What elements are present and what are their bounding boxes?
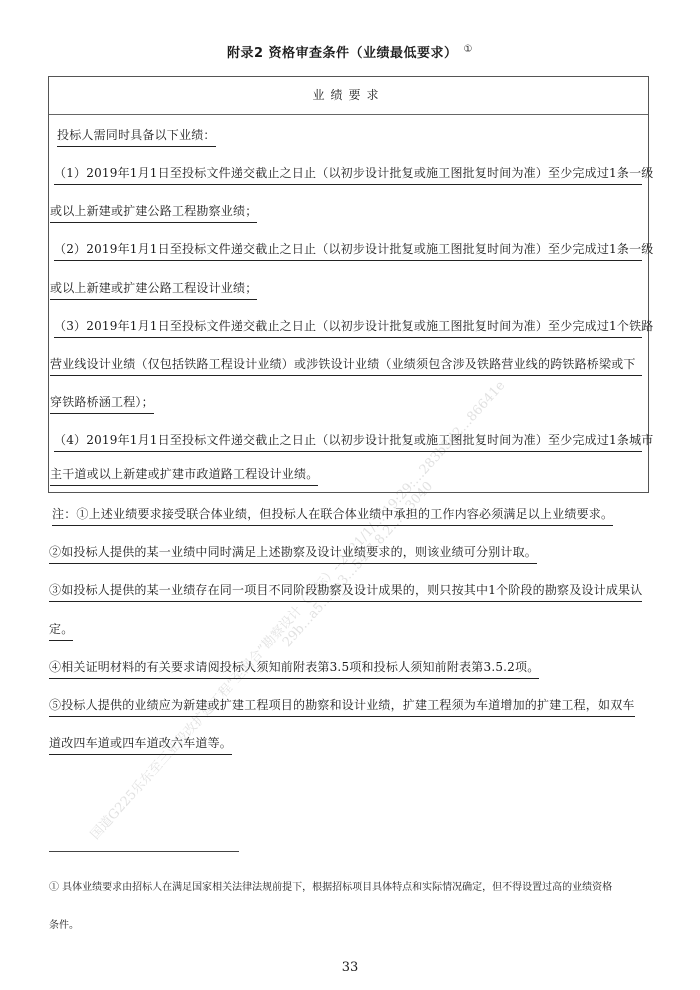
note-text: ③如投标人提供的某一业绩存在同一项目不同阶段勘察及设计成果的，则只按其中1个阶段…: [49, 581, 642, 602]
table-line-text: 营业线设计业绩（仅包括铁路工程设计业绩）或涉铁设计业绩（业绩须包含涉及铁路营业线…: [50, 355, 642, 376]
table-line-text: 或以上新建或扩建公路工程勘察业绩；: [50, 202, 257, 223]
note-text: ⑤投标人提供的业绩应为新建或扩建工程项目的勘察和设计业绩，扩建工程须为车道增加的…: [49, 696, 635, 717]
table-line-text: （2）2019年1月1日至投标文件递交截止之日止（以初步设计批复或施工图批复时间…: [54, 240, 642, 261]
note-text: 道改四车道或四车道改六车道等。: [49, 734, 232, 755]
title-footnote-marker: ①: [464, 44, 473, 55]
note-line: ④相关证明材料的有关要求请阅投标人须知前附表第3.5项和投标人须知前附表第3.5…: [49, 658, 539, 679]
table-line: 或以上新建或扩建公路工程设计业绩；: [50, 279, 257, 300]
table-line-text: 投标人需同时具备以下业绩：: [57, 126, 216, 147]
table-line: 或以上新建或扩建公路工程勘察业绩；: [50, 202, 257, 223]
note-text: 注：①上述业绩要求接受联合体业绩，但投标人在联合体业绩中承担的工作内容必须满足以…: [52, 505, 613, 526]
table-line: （1）2019年1月1日至投标文件递交截止之日止（以初步设计批复或施工图批复时间…: [54, 164, 642, 185]
footnote-divider: [49, 851, 239, 852]
note-text: 定。: [49, 620, 73, 641]
table-line: （2）2019年1月1日至投标文件递交截止之日止（以初步设计批复或施工图批复时间…: [54, 240, 642, 261]
note-text: ④相关证明材料的有关要求请阅投标人须知前附表第3.5项和投标人须知前附表第3.5…: [49, 658, 539, 679]
table-line-text: 穿铁路桥涵工程）；: [50, 393, 154, 414]
table-line: （4）2019年1月1日至投标文件递交截止之日止（以初步设计批复或施工图批复时间…: [54, 431, 642, 452]
table-line-text: （3）2019年1月1日至投标文件递交截止之日止（以初步设计批复或施工图批复时间…: [54, 317, 642, 338]
table-line: 投标人需同时具备以下业绩：: [57, 126, 216, 147]
title-text: 附录2 资格审查条件（业绩最低要求）: [227, 46, 458, 61]
table-line-text: 或以上新建或扩建公路工程设计业绩；: [50, 279, 257, 300]
table-header: 业绩要求: [49, 77, 648, 115]
table-line: 穿铁路桥涵工程）；: [50, 393, 154, 414]
footnote-line-1: ① 具体业绩要求由招标人在满足国家相关法律法规前提下，根据招标项目具体特点和实际…: [49, 878, 612, 893]
footnote-line-2: 条件。: [49, 916, 79, 931]
table-line-text: （4）2019年1月1日至投标文件递交截止之日止（以初步设计批复或施工图批复时间…: [54, 431, 642, 452]
note-line: 定。: [49, 620, 73, 641]
note-line: ②如投标人提供的某一业绩中同时满足上述勘察及设计业绩要求的，则该业绩可分别计取。: [49, 543, 537, 564]
note-line: ⑤投标人提供的业绩应为新建或扩建工程项目的勘察和设计业绩，扩建工程须为车道增加的…: [49, 696, 635, 717]
table-line-text: 主干道或以上新建或扩建市政道路工程设计业绩。: [50, 465, 318, 486]
page-number: 33: [0, 960, 700, 975]
note-line: ③如投标人提供的某一业绩存在同一项目不同阶段勘察及设计成果的，则只按其中1个阶段…: [49, 581, 642, 602]
table-line: （3）2019年1月1日至投标文件递交截止之日止（以初步设计批复或施工图批复时间…: [54, 317, 642, 338]
note-text: ②如投标人提供的某一业绩中同时满足上述勘察及设计业绩要求的，则该业绩可分别计取。: [49, 543, 537, 564]
note-line: 注：①上述业绩要求接受联合体业绩，但投标人在联合体业绩中承担的工作内容必须满足以…: [52, 505, 613, 526]
table-line: 主干道或以上新建或扩建市政道路工程设计业绩。: [50, 465, 318, 486]
table-line-text: （1）2019年1月1日至投标文件递交截止之日止（以初步设计批复或施工图批复时间…: [54, 164, 642, 185]
table-line: 营业线设计业绩（仅包括铁路工程设计业绩）或涉铁设计业绩（业绩须包含涉及铁路营业线…: [50, 355, 642, 376]
page-title: 附录2 资格审查条件（业绩最低要求）①: [0, 42, 700, 61]
note-line: 道改四车道或四车道改六车道等。: [49, 734, 232, 755]
